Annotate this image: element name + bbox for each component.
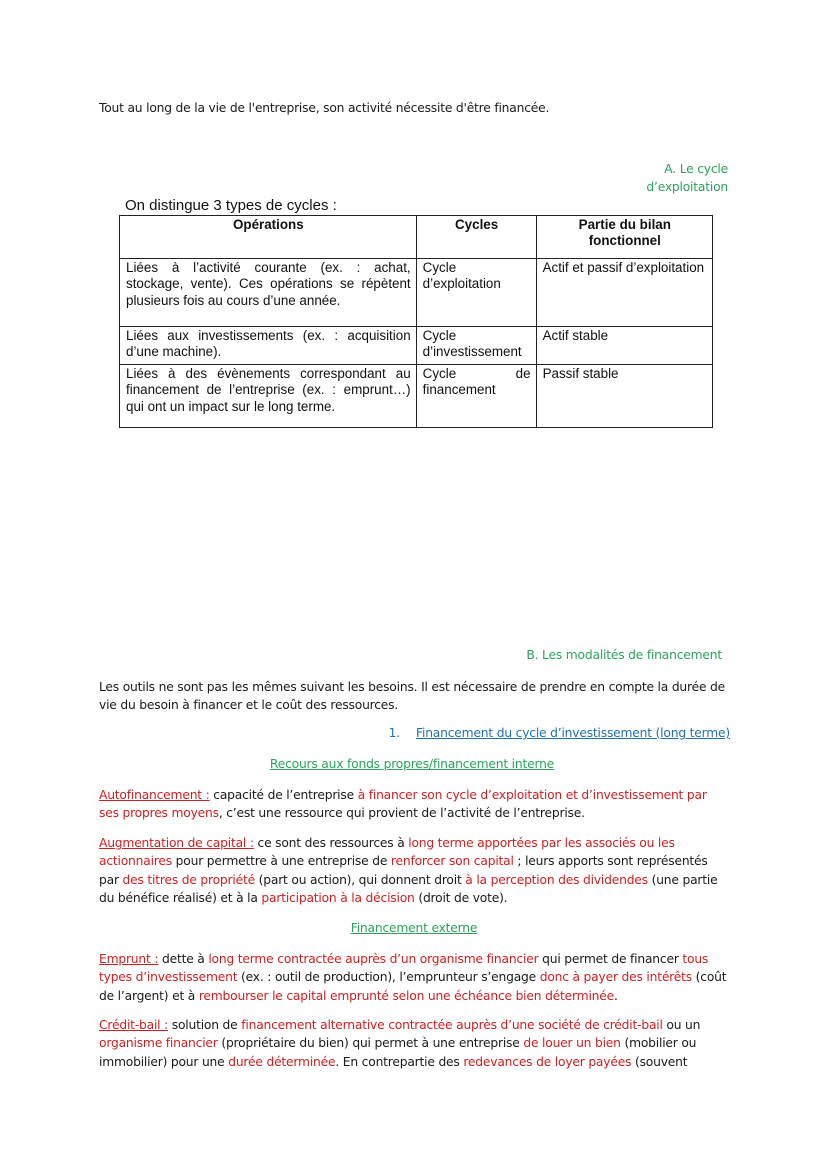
emphasis-text: redevances de loyer payées (463, 1055, 631, 1069)
emphasis-text: rembourser le capital emprunté selon une… (199, 989, 614, 1003)
section-a-heading: A. Le cycle d’exploitation (588, 160, 728, 196)
subheading-financement-externe: Financement externe (0, 921, 828, 935)
table-header-row: Opérations Cycles Partie du bilan foncti… (120, 216, 713, 259)
paragraph-emprunt: Emprunt : dette à long terme contractée … (99, 950, 729, 1005)
cell-cycle: Cycle d’investissement (416, 327, 536, 365)
term-label: Emprunt : (99, 952, 158, 966)
body-text: capacité de l’entreprise (210, 788, 358, 802)
paragraph-augmentation-capital: Augmentation de capital : ce sont des re… (99, 834, 729, 907)
header-partie-bilan: Partie du bilan fonctionnel (536, 216, 712, 259)
body-text: (droit de vote). (415, 891, 508, 905)
body-text: . En contrepartie des (335, 1055, 463, 1069)
subheading-financement-interne: Recours aux fonds propres/financement in… (0, 757, 826, 771)
body-text: (propriétaire du bien) qui permet à une … (218, 1036, 524, 1050)
body-text: solution de (168, 1018, 241, 1032)
body-text: (part ou action), qui donnent droit (255, 873, 465, 887)
body-text: (souvent (631, 1055, 687, 1069)
emphasis-text: de louer un bien (523, 1036, 620, 1050)
body-text: , c’est une ressource qui provient de l’… (219, 806, 585, 820)
body-text: dette à (158, 952, 208, 966)
body-text: ce sont des ressources à (254, 836, 408, 850)
cell-bilan: Passif stable (536, 364, 712, 427)
cell-bilan: Actif stable (536, 327, 712, 365)
section-a-heading-line1: A. Le cycle (588, 160, 728, 178)
cell-operations: Liées à des évènements correspondant au … (120, 364, 417, 427)
emphasis-text: à la perception des dividendes (465, 873, 648, 887)
emphasis-text: participation à la décision (261, 891, 414, 905)
header-cycles: Cycles (416, 216, 536, 259)
term-label: Autofinancement : (99, 788, 210, 802)
paragraph-autofinancement: Autofinancement : capacité de l’entrepri… (99, 786, 729, 823)
section-b-heading: B. Les modalités de financement (526, 648, 722, 662)
section-a-heading-line2: d’exploitation (588, 178, 728, 196)
section-1-number: 1. (389, 726, 400, 740)
cell-bilan: Actif et passif d’exploitation (536, 259, 712, 327)
emphasis-text: donc à payer des intérêts (540, 970, 692, 984)
term-label: Augmentation de capital : (99, 836, 254, 850)
header-operations: Opérations (120, 216, 417, 259)
body-text: (ex. : outil de production), l’emprunteu… (237, 970, 539, 984)
emphasis-text: des titres de propriété (123, 873, 255, 887)
table-row: Liées à l’activité courante (ex. : achat… (120, 259, 713, 327)
paragraph-credit-bail: Crédit-bail : solution de financement al… (99, 1016, 729, 1071)
section-1-heading: 1.Financement du cycle d’investissement … (389, 726, 730, 740)
intro-sentence: Tout au long de la vie de l'entreprise, … (99, 101, 549, 115)
cell-operations: Liées à l’activité courante (ex. : achat… (120, 259, 417, 327)
body-text: qui permet de financer (538, 952, 682, 966)
cell-operations: Liées aux investissements (ex. : acquisi… (120, 327, 417, 365)
table-row: Liées aux investissements (ex. : acquisi… (120, 327, 713, 365)
body-text: ou un (663, 1018, 701, 1032)
emphasis-text: renforcer son capital (391, 854, 514, 868)
body-text: . (614, 989, 618, 1003)
emphasis-text: financement alternative contractée auprè… (241, 1018, 662, 1032)
cycles-table: Opérations Cycles Partie du bilan foncti… (119, 215, 713, 428)
emphasis-text: durée déterminée (228, 1055, 335, 1069)
emphasis-text: long terme contractée auprès d’un organi… (208, 952, 538, 966)
section-b-intro: Les outils ne sont pas les mêmes suivant… (99, 678, 729, 715)
table-caption: On distingue 3 types de cycles : (125, 197, 337, 214)
term-label: Crédit-bail : (99, 1018, 168, 1032)
emphasis-text: organisme financier (99, 1036, 218, 1050)
section-1-title: Financement du cycle d’investissement (l… (416, 726, 730, 740)
body-text: pour permettre à une entreprise de (172, 854, 391, 868)
cell-cycle: Cycle de financement (416, 364, 536, 427)
table-row: Liées à des évènements correspondant au … (120, 364, 713, 427)
cell-cycle: Cycle d’exploitation (416, 259, 536, 327)
